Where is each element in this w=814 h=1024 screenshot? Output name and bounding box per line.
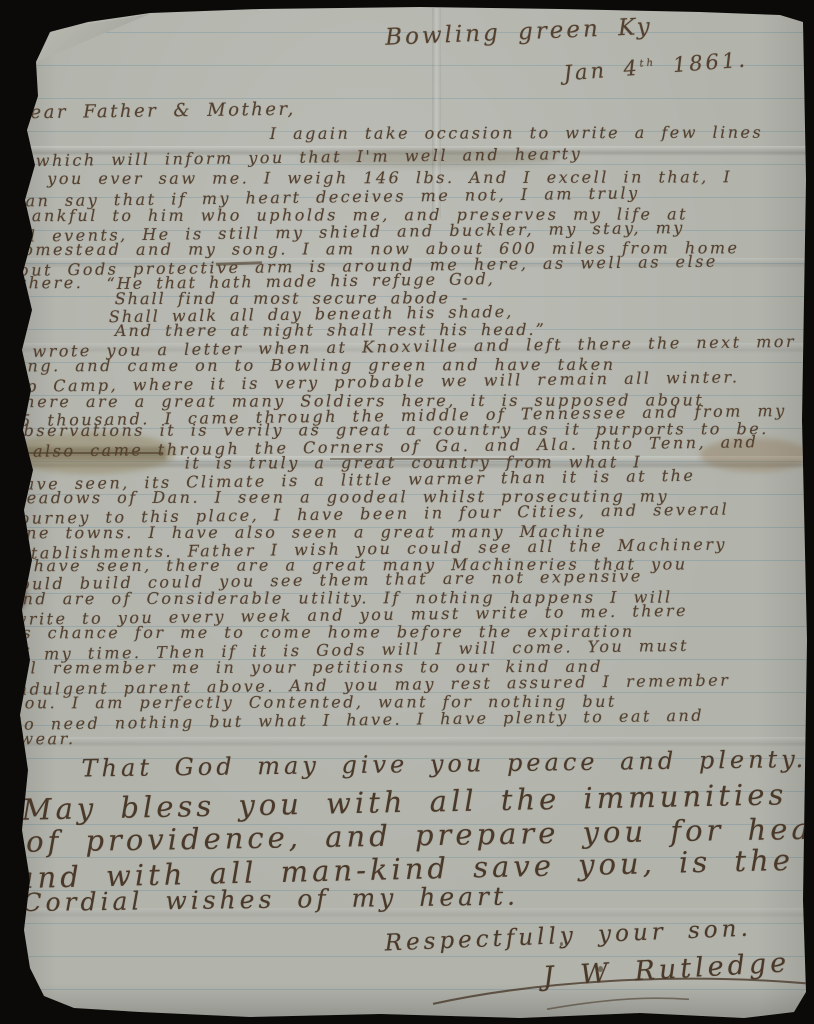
valediction: Respectfully your son. [384,916,752,957]
letter-paper: Bowling green Ky Jan 4th 1861. Dear Fath… [0,0,814,1024]
letter-date: Jan 4th 1861. [563,48,749,86]
signature-flourish [427,968,814,1020]
body-line: where. [13,273,84,292]
closing-line: Cordial wishes of my heart. [22,882,519,917]
salutation: Dear Father & Mother, [13,99,296,124]
stain [2,612,20,632]
body-line: wear. [19,729,75,748]
letter-place: Bowling green Ky [385,14,654,51]
body-line: I again take occasion to write a few lin… [270,123,764,143]
closing-line: That God may give you peace and plenty. [81,745,807,782]
body-line: which will inform you that I'm well and … [36,144,583,170]
date-ordinal: th [639,57,656,69]
letter-text: Bowling green Ky Jan 4th 1861. Dear Fath… [0,0,814,1024]
date-year: 1861. [655,48,748,79]
letter-scan: Bowling green Ky Jan 4th 1861. Dear Fath… [0,0,814,1024]
date-day: Jan 4 [563,56,641,86]
stain [0,578,26,612]
